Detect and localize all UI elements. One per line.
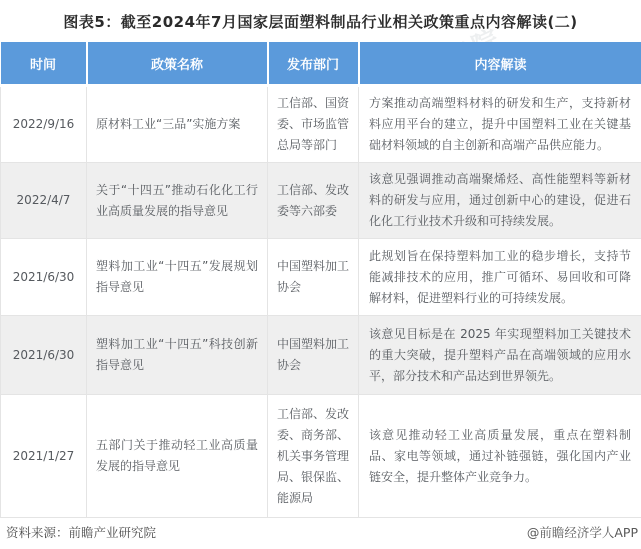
cell-department: 中国塑料加工协会 [268,239,359,316]
cell-policy-name: 关于“十四五”推动石化化工行业高质量发展的指导意见 [87,163,268,239]
cell-interpretation: 此规划旨在保持塑料加工业的稳步增长，支持节能减排技术的应用，推广可循环、易回收和… [359,239,641,316]
cell-policy-name: 塑料加工业“十四五”发展规划指导意见 [87,239,268,316]
cell-date: 2022/4/7 [1,163,87,239]
cell-interpretation: 该意见推动轻工业高质量发展，重点在塑料制品、家电等领域，通过补链强链，强化国内产… [359,395,641,518]
cell-department: 工信部、发改委等六部委 [268,163,359,239]
table-row: 2021/1/27 五部门关于推动轻工业高质量发展的指导意见 工信部、发改委、商… [1,395,641,518]
table-row: 2021/6/30 塑料加工业“十四五”科技创新指导意见 中国塑料加工协会 该意… [1,316,641,395]
cell-department: 工信部、国资委、市场监管总局等部门 [268,86,359,163]
cell-department: 工信部、发改委、商务部、机关事务管理局、银保监、能源局 [268,395,359,518]
cell-department: 中国塑料加工协会 [268,316,359,395]
cell-interpretation: 该意见强调推动高端聚烯烃、高性能塑料等新材料的研发与应用，通过创新中心的建设，促… [359,163,641,239]
cell-policy-name: 原材料工业“三品”实施方案 [87,86,268,163]
column-header-time: 时间 [1,42,87,86]
cell-interpretation: 该意见目标是在 2025 年实现塑料加工关键技术的重大突破，提升塑料产品在高端领… [359,316,641,395]
cell-policy-name: 塑料加工业“十四五”科技创新指导意见 [87,316,268,395]
source-label: 资料来源：前瞻产业研究院 [6,523,156,541]
table-row: 2021/6/30 塑料加工业“十四五”发展规划指导意见 中国塑料加工协会 此规… [1,239,641,316]
policy-table: 时间 政策名称 发布部门 内容解读 2022/9/16 原材料工业“三品”实施方… [0,42,641,518]
column-header-content-interpretation: 内容解读 [359,42,641,86]
cell-interpretation: 方案推动高端塑料材料的研发和生产，支持新材料应用平台的建立，提升中国塑料工业在关… [359,86,641,163]
cell-policy-name: 五部门关于推动轻工业高质量发展的指导意见 [87,395,268,518]
cell-date: 2022/9/16 [1,86,87,163]
cell-date: 2021/6/30 [1,316,87,395]
column-header-issuing-department: 发布部门 [268,42,359,86]
chart-figure: 前瞻产业研究院 前瞻产业研究院 前瞻产业研究院 前瞻产业研究院 图表5：截至20… [0,0,641,549]
credit-label: @前瞻经济学人APP [527,523,638,541]
figure-title: 图表5：截至2024年7月国家层面塑料制品行业相关政策重点内容解读(二) [0,0,641,42]
table-row: 2022/4/7 关于“十四五”推动石化化工行业高质量发展的指导意见 工信部、发… [1,163,641,239]
figure-footer: 资料来源：前瞻产业研究院 @前瞻经济学人APP [0,522,641,542]
table-header-row: 时间 政策名称 发布部门 内容解读 [1,42,641,86]
cell-date: 2021/6/30 [1,239,87,316]
cell-date: 2021/1/27 [1,395,87,518]
column-header-policy-name: 政策名称 [87,42,268,86]
table-row: 2022/9/16 原材料工业“三品”实施方案 工信部、国资委、市场监管总局等部… [1,86,641,163]
